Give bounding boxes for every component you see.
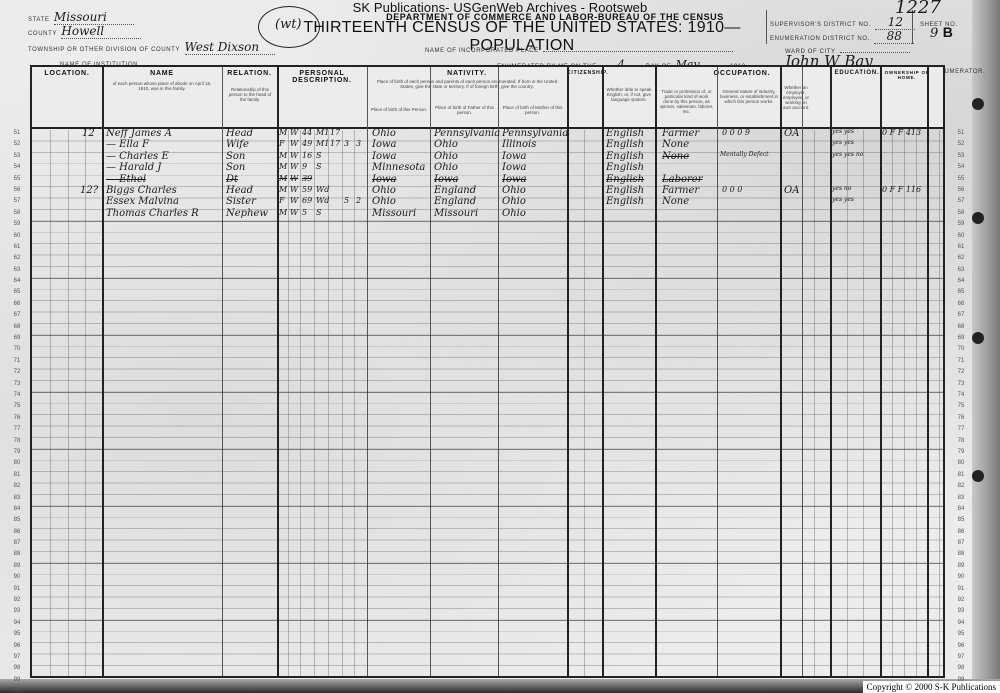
header-pob-mother: Place of birth of Mother of this person. <box>500 105 565 115</box>
header-language: Whether able to speak English; or, if no… <box>604 87 654 102</box>
header-pob-person: Place of birth of this Person. <box>369 107 429 112</box>
header-name: NAME <box>102 70 222 77</box>
line-numbers-left: 5152535455 5657585960 6162636465 6667686… <box>6 128 28 693</box>
header-nativity-desc: Place of birth of each person and parent… <box>372 79 562 89</box>
sheet-number: 9 B <box>930 24 953 42</box>
page-bottom-shadow <box>0 679 1000 693</box>
header-relation-desc: Relationship of this person to the head … <box>225 87 275 102</box>
line-numbers-right: 5152535455 5657585960 6162636465 6667686… <box>950 128 972 693</box>
page-stamp-number: 1227 <box>895 0 941 18</box>
table-header: LOCATION. NAME of each person whose plac… <box>32 67 943 129</box>
header-personal: PERSONAL DESCRIPTION. <box>277 70 367 84</box>
header-nativity: NATIVITY. <box>367 70 567 77</box>
ward-field: WARD OF CITY <box>785 40 910 58</box>
header-relation: RELATION. <box>222 70 277 77</box>
binder-hole <box>972 470 984 482</box>
binder-hole <box>972 332 984 344</box>
header-industry: General nature of industry, business, or… <box>719 89 779 104</box>
table-row: — Charles E Son M W 16 S Iowa Ohio Iowa … <box>32 153 943 164</box>
table-row: 12 Neff James A Head M W 44 M1 17 Ohio P… <box>32 130 943 141</box>
census-table: LOCATION. NAME of each person whose plac… <box>30 65 945 678</box>
header-name-desc: of each person whose place of abode on A… <box>107 81 217 91</box>
binder-hole <box>972 98 984 110</box>
header-ownership: OWNERSHIP OF HOME. <box>882 70 932 80</box>
header-location: LOCATION. <box>32 70 102 77</box>
header-employer: Whether an employer, employee, or workin… <box>782 85 810 110</box>
header-pob-father: Place of birth of Father of this person. <box>432 105 497 115</box>
header-trade: Trade or profession of, or particular ki… <box>659 89 714 114</box>
table-row: Thomas Charles R Nephew M W 5 S Missouri… <box>32 210 943 221</box>
header-education: EDUCATION. <box>832 70 882 76</box>
copyright-notice: Copyright © 2000 S-K Publications <box>863 681 1000 693</box>
table-rows: 12 Neff James A Head M W 44 M1 17 Ohio P… <box>32 130 943 221</box>
header-citizenship: CITIZENSHIP. <box>567 70 602 76</box>
binder-hole <box>972 212 984 224</box>
table-row: — Harald J Son M W 9 S Minnesota Ohio Io… <box>32 164 943 175</box>
